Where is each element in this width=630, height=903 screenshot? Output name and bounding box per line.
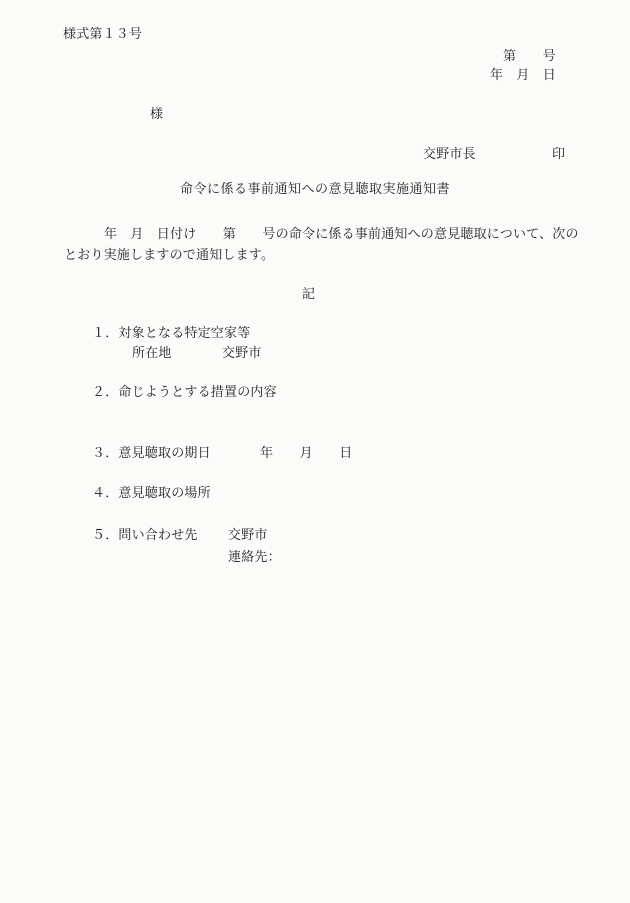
body-paragraph-line1: 年 月 日付け 第 号の命令に係る事前通知への意見聴取について、次の xyxy=(104,226,579,241)
item1-location-field: 所在地 xyxy=(132,345,172,360)
issue-date-line: 年 月 日 xyxy=(490,67,556,82)
item3-label: ３．意見聴取の期日 xyxy=(92,445,211,460)
item5-label: ５．問い合わせ先 xyxy=(92,527,198,542)
document-number-line: 第 号 xyxy=(503,48,556,63)
seal-mark: 印 xyxy=(552,146,565,161)
body-paragraph-line2: とおり実施しますので通知します。 xyxy=(64,247,274,262)
item1-location-value: 交野市 xyxy=(222,345,262,360)
ki-marker: 記 xyxy=(302,286,315,301)
form-number: 様式第１３号 xyxy=(63,26,142,41)
item5-value: 交野市 xyxy=(228,527,268,542)
addressee-suffix: 様 xyxy=(150,106,163,121)
item2-label: ２．命じようとする措置の内容 xyxy=(92,384,277,399)
item5-contact-label: 連絡先： xyxy=(228,549,281,564)
item4-label: ４．意見聴取の場所 xyxy=(92,485,211,500)
issuer-name: 交野市長 xyxy=(423,146,476,161)
item3-date-fields: 年 月 日 xyxy=(260,445,352,460)
item1-label: １．対象となる特定空家等 xyxy=(92,325,250,340)
document-title: 命令に係る事前通知への意見聴取実施通知書 xyxy=(0,181,630,196)
document-page: 様式第１３号 第 号 年 月 日 様 交野市長 印 命令に係る事前通知への意見聴… xyxy=(0,0,630,903)
